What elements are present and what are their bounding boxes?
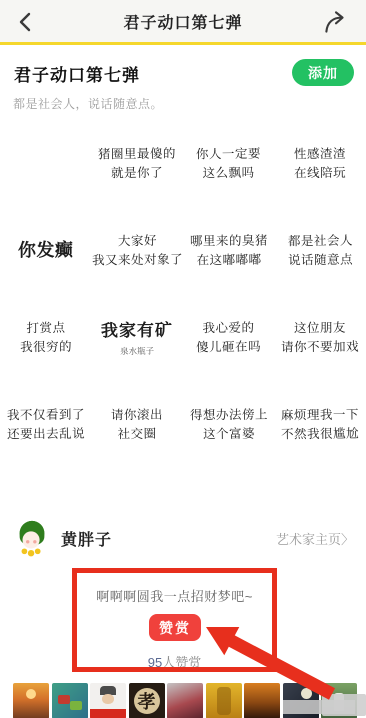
sticker-cell[interactable]: 麻烦理我一下不然我很尴尬 bbox=[281, 405, 359, 443]
share-icon[interactable] bbox=[322, 8, 350, 36]
thumb-orange-night-building[interactable] bbox=[244, 683, 280, 718]
sticker-cell[interactable]: 性感渣渣在线陪玩 bbox=[294, 144, 346, 182]
artist-row: 黄胖子 艺术家主页〉 bbox=[0, 510, 366, 566]
reward-count-number: 95 bbox=[148, 655, 162, 670]
xiao-character: 孝 bbox=[134, 688, 160, 714]
nav-bar: 君子动口第七弹 bbox=[0, 0, 366, 45]
pack-subtitle: 都是社会人，说话随意点。 bbox=[13, 95, 163, 112]
reward-message: 啊啊啊圆我一点招财梦吧~ bbox=[72, 586, 277, 605]
artist-homepage-link[interactable]: 艺术家主页〉 bbox=[276, 529, 354, 548]
sticker-cell[interactable]: 请你滚出社交圈 bbox=[111, 405, 163, 443]
sticker-cell[interactable]: 你发癫 bbox=[18, 237, 74, 265]
sticker-cell[interactable]: 这位朋友请你不要加戏 bbox=[281, 318, 359, 356]
sticker-cell[interactable]: 我不仅看到了还要出去乱说 bbox=[7, 405, 85, 443]
sticker-cell[interactable]: 我家有矿泉水瓶子 bbox=[101, 317, 173, 357]
thumb-sunset-sea-photo[interactable] bbox=[13, 683, 49, 718]
artist-avatar bbox=[13, 519, 51, 557]
sticker-pack-page: 君子动口第七弹 君子动口第七弹 添加 都是社会人，说话随意点。 猪圈里最傻的就是… bbox=[0, 0, 366, 718]
sticker-cell[interactable]: 哪里来的臭猪在这嘟嘟嘟 bbox=[190, 231, 268, 269]
reward-count[interactable]: 95人赞赏 bbox=[72, 652, 277, 671]
add-button[interactable]: 添加 bbox=[292, 59, 354, 86]
sticker-cell[interactable]: 得想办法傍上这个富婆 bbox=[190, 405, 268, 443]
sticker-cell[interactable]: 猪圈里最傻的就是你了 bbox=[98, 144, 176, 182]
face-shape bbox=[102, 694, 114, 704]
sticker-cell[interactable]: 你人一定要这么飘吗 bbox=[196, 144, 261, 182]
sticker-grid: 猪圈里最傻的就是你了 你人一定要这么飘吗 性感渣渣在线陪玩 你发癫 大家好我又来… bbox=[0, 120, 366, 500]
thumb-red-portrait-photo[interactable] bbox=[167, 683, 203, 718]
gray-overlay-artifact bbox=[322, 694, 366, 716]
thumb-golden-statue[interactable] bbox=[206, 683, 242, 718]
page-title: 君子动口第七弹 bbox=[123, 10, 242, 33]
sticker-cell[interactable]: 打赏点我很穷的 bbox=[20, 318, 72, 356]
sticker-cell[interactable]: 大家好我又来处对象了 bbox=[92, 231, 183, 269]
thumb-man-hat-red-banner[interactable] bbox=[90, 683, 126, 718]
green-hair-cartoon-avatar-icon bbox=[13, 519, 51, 557]
pack-header: 君子动口第七弹 添加 都是社会人，说话随意点。 bbox=[0, 48, 366, 118]
pack-title: 君子动口第七弹 bbox=[14, 61, 140, 86]
back-icon[interactable] bbox=[14, 10, 38, 34]
reward-button[interactable]: 赞赏 bbox=[149, 614, 201, 641]
thumb-xiao-calligraphy-disc[interactable]: 孝 bbox=[129, 683, 165, 718]
sticker-cell[interactable]: 都是社会人说话随意点 bbox=[288, 231, 353, 269]
sticker-cell[interactable]: 我心爱的傻儿砸在吗 bbox=[196, 318, 261, 356]
thumb-teal-cartoon-sticker[interactable] bbox=[52, 683, 88, 718]
reward-count-suffix: 人赞赏 bbox=[162, 655, 201, 670]
artist-name: 黄胖子 bbox=[61, 527, 112, 550]
red-banner bbox=[90, 709, 126, 718]
